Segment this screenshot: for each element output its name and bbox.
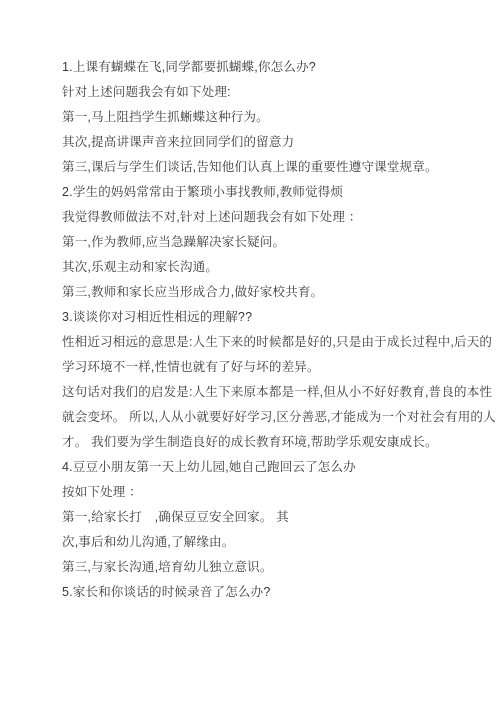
text-line: 第三,教师和家长应当形成合力,做好家校共育。: [62, 280, 460, 305]
text-line: 针对上述问题我会有如下处理:: [62, 80, 460, 105]
text-line: 我觉得教师做法不对,针对上述问题我会有如下处理 ：: [62, 205, 460, 230]
text-line: 才。 我们要为学生制造良好的成长教育环境,帮助学乐观安康成长。: [62, 430, 460, 455]
document-page: 1.上课有蝴蝶在飞,同学都要抓蝴蝶,你怎么办?针对上述问题我会有如下处理:第一,…: [0, 0, 500, 707]
text-line: 按如下处理 ：: [62, 480, 460, 505]
text-line: 第一,作为教师,应当急躁解决家长疑问。: [62, 230, 460, 255]
text-line: 第一,给家长打 ,确保豆豆安全回家。 其: [62, 505, 460, 530]
text-line: 2.学生的妈妈常常由于繁琐小事找教师,教师觉得烦: [62, 180, 460, 205]
text-line: 5.家长和你谈话的时候录音了怎么办?: [62, 580, 460, 605]
text-line: 就会变坏。 所以,人从小就要好好学习,区分善恶,才能成为一个对社会有用的人: [62, 405, 460, 430]
text-line: 性相近习相远的意思是:人生下来的时候都是好的,只是由于成长过程中,后天的: [62, 330, 460, 355]
text-line: 4.豆豆小朋友第一天上幼儿园,她自己跑回云了怎么办: [62, 455, 460, 480]
text-line: 第一,马上阻挡学生抓蜥蝶这种行为。: [62, 105, 460, 130]
text-line: 次,事后和幼儿沟通,了解缘由。: [62, 530, 460, 555]
text-line: 学习环境不一样,性情也就有了好与坏的差异。: [62, 355, 460, 380]
text-line: 这句话对我们的启发是:人生下来原本都是一样,但从小不好好教育,普良的本性: [62, 380, 460, 405]
document-text: 1.上课有蝴蝶在飞,同学都要抓蝴蝶,你怎么办?针对上述问题我会有如下处理:第一,…: [62, 55, 460, 605]
text-line: 第三,课后与学生们谈话,告知他们认真上课的重要性遵守课堂规章。: [62, 155, 460, 180]
text-line: 1.上课有蝴蝶在飞,同学都要抓蝴蝶,你怎么办?: [62, 55, 460, 80]
text-line: 第三,与家长沟通,培育幼儿独立意识。: [62, 555, 460, 580]
text-line: 3.谈谈你对习相近性相远的理解??: [62, 305, 460, 330]
text-line: 其次,乐观主动和家长沟通。: [62, 255, 460, 280]
text-line: 其次,提高讲课声音来拉回同学们的留意力: [62, 130, 460, 155]
